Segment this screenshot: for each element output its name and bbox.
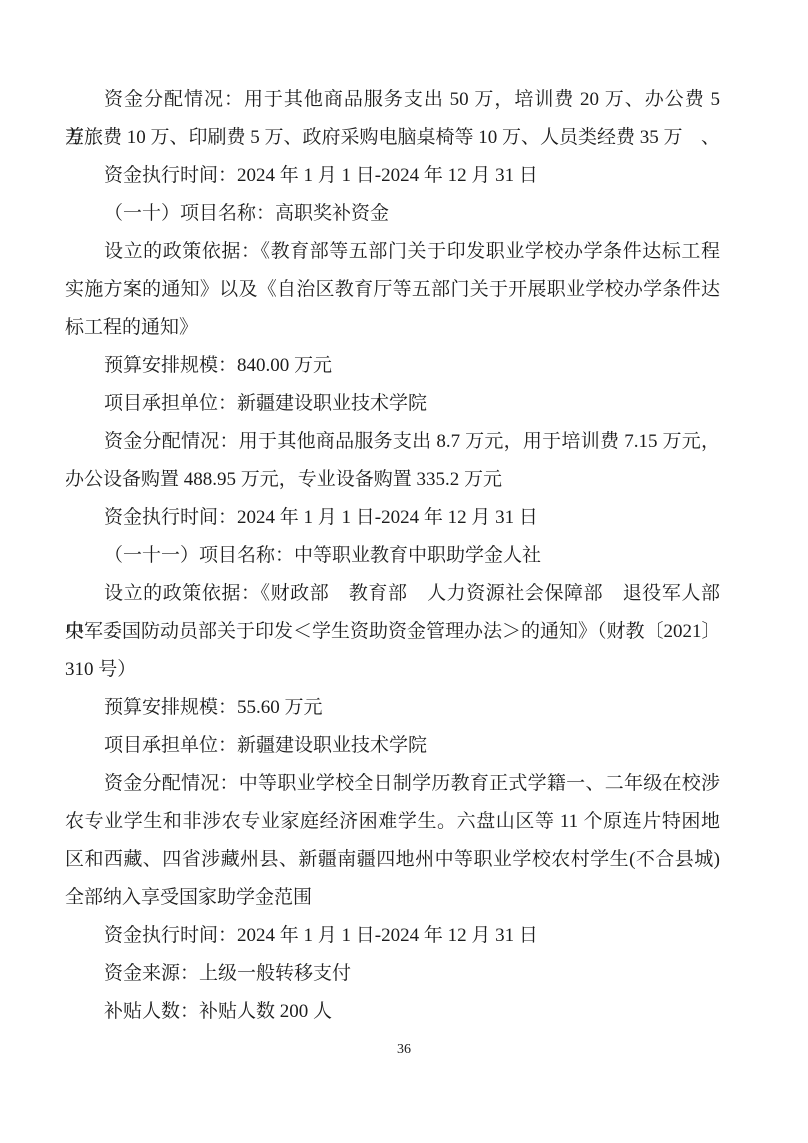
paragraph: 资金执行时间：2024 年 1 月 1 日-2024 年 12 月 31 日	[65, 499, 720, 537]
text-line: 资金分配情况：中等职业学校全日制学历教育正式学籍一、二年级在校涉	[65, 765, 720, 803]
text-line: 设立的政策依据：《财政部 教育部 人力资源社会保障部 退役军人部 中	[65, 575, 720, 613]
page-footer: 36	[0, 1040, 808, 1060]
document-body: 资金分配情况：用于其他商品服务支出 50 万，培训费 20 万、办公费 5 万、…	[65, 81, 720, 1031]
text-line: 设立的政策依据：《教育部等五部门关于印发职业学校办学条件达标工程	[65, 233, 720, 271]
paragraph: 资金分配情况：用于其他商品服务支出 50 万，培训费 20 万、办公费 5 万、…	[65, 81, 720, 157]
page-number: 36	[397, 1042, 411, 1057]
paragraph: 预算安排规模：55.60 万元	[65, 689, 720, 727]
paragraph: 项目承担单位：新疆建设职业技术学院	[65, 727, 720, 765]
paragraph: 项目承担单位：新疆建设职业技术学院	[65, 385, 720, 423]
text-line: 标工程的通知》	[65, 309, 720, 347]
text-line: 农专业学生和非涉农专业家庭经济困难学生。六盘山区等 11 个原连片特困地	[65, 803, 720, 841]
paragraph: （一十）项目名称：高职奖补资金	[65, 195, 720, 233]
text-line: 资金执行时间：2024 年 1 月 1 日-2024 年 12 月 31 日	[65, 157, 720, 195]
text-line: 项目承担单位：新疆建设职业技术学院	[65, 385, 720, 423]
text-line: 差旅费 10 万、印刷费 5 万、政府采购电脑桌椅等 10 万、人员类经费 35…	[65, 119, 720, 157]
paragraph: （一十一）项目名称：中等职业教育中职助学金人社	[65, 537, 720, 575]
text-line: 资金执行时间：2024 年 1 月 1 日-2024 年 12 月 31 日	[65, 499, 720, 537]
text-line: 资金分配情况：用于其他商品服务支出 8.7 万元，用于培训费 7.15 万元，	[65, 423, 720, 461]
document-page: 资金分配情况：用于其他商品服务支出 50 万，培训费 20 万、办公费 5 万、…	[0, 0, 808, 1143]
paragraph: 资金分配情况：中等职业学校全日制学历教育正式学籍一、二年级在校涉农专业学生和非涉…	[65, 765, 720, 917]
text-line: 补贴人数：补贴人数 200 人	[65, 993, 720, 1031]
text-line: 实施方案的通知》以及《自治区教育厅等五部门关于开展职业学校办学条件达	[65, 271, 720, 309]
paragraph: 资金分配情况：用于其他商品服务支出 8.7 万元，用于培训费 7.15 万元，办…	[65, 423, 720, 499]
text-line: 区和西藏、四省涉藏州县、新疆南疆四地州中等职业学校农村学生(不合县城)	[65, 841, 720, 879]
text-line: 项目承担单位：新疆建设职业技术学院	[65, 727, 720, 765]
text-line: 310 号）	[65, 651, 720, 689]
text-line: 央军委国防动员部关于印发＜学生资助资金管理办法＞的通知》（财教〔2021〕	[65, 613, 720, 651]
text-line: 预算安排规模：840.00 万元	[65, 347, 720, 385]
paragraph: 资金执行时间：2024 年 1 月 1 日-2024 年 12 月 31 日	[65, 157, 720, 195]
text-line: 资金执行时间：2024 年 1 月 1 日-2024 年 12 月 31 日	[65, 917, 720, 955]
text-line: （一十）项目名称：高职奖补资金	[65, 195, 720, 233]
text-line: 预算安排规模：55.60 万元	[65, 689, 720, 727]
paragraph: 预算安排规模：840.00 万元	[65, 347, 720, 385]
text-line: 办公设备购置 488.95 万元，专业设备购置 335.2 万元	[65, 461, 720, 499]
paragraph: 设立的政策依据：《教育部等五部门关于印发职业学校办学条件达标工程实施方案的通知》…	[65, 233, 720, 347]
text-line: 全部纳入享受国家助学金范围	[65, 879, 720, 917]
paragraph: 资金执行时间：2024 年 1 月 1 日-2024 年 12 月 31 日	[65, 917, 720, 955]
paragraph: 补贴人数：补贴人数 200 人	[65, 993, 720, 1031]
paragraph: 设立的政策依据：《财政部 教育部 人力资源社会保障部 退役军人部 中央军委国防动…	[65, 575, 720, 689]
paragraph: 资金来源：上级一般转移支付	[65, 955, 720, 993]
text-line: 资金分配情况：用于其他商品服务支出 50 万，培训费 20 万、办公费 5 万、	[65, 81, 720, 119]
text-line: 资金来源：上级一般转移支付	[65, 955, 720, 993]
text-line: （一十一）项目名称：中等职业教育中职助学金人社	[65, 537, 720, 575]
